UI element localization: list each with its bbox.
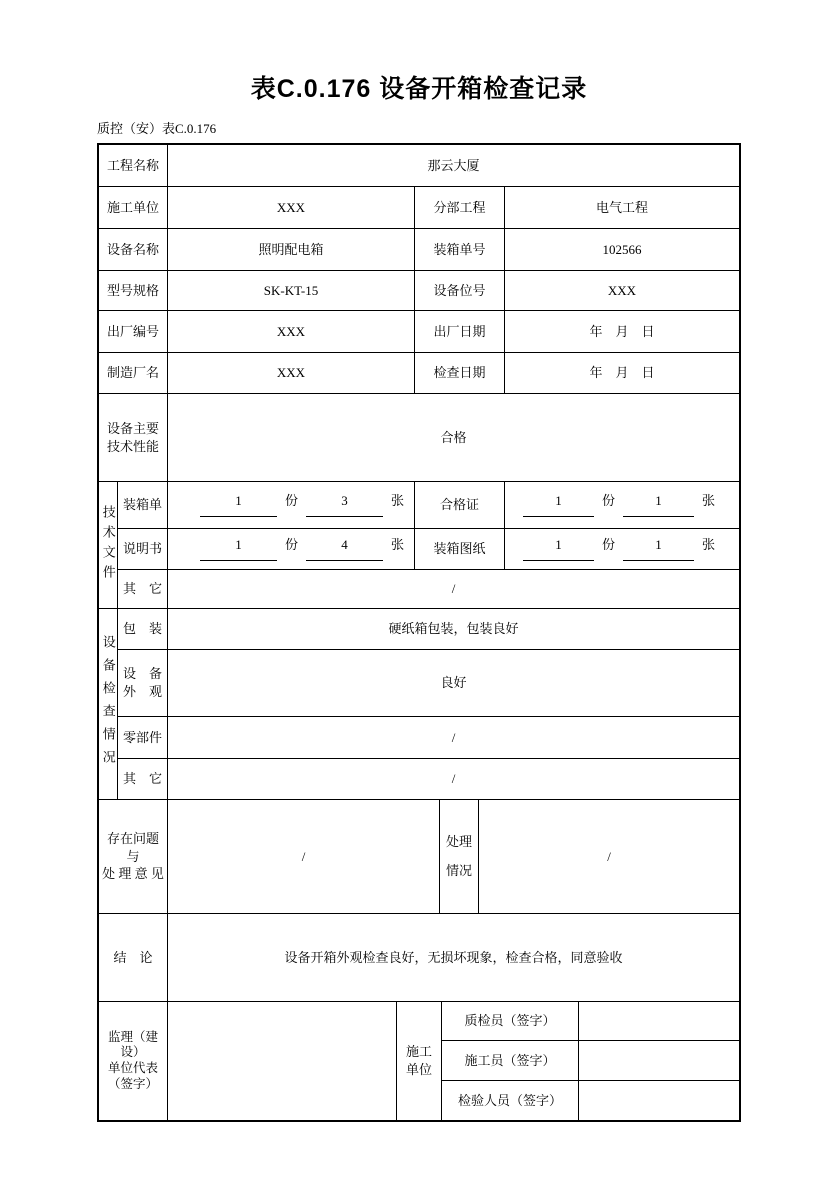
- inspection-other-label: 其 它: [118, 759, 168, 799]
- problems-value: /: [168, 800, 440, 913]
- table-row: 说明书 1份4张 装箱图纸 1份1张: [118, 529, 739, 570]
- manufacturer-value: XXX: [168, 353, 415, 393]
- form-code: 质控（安）表C.0.176: [97, 121, 838, 136]
- packing-list-copies-blank: 1: [200, 493, 277, 517]
- tech-docs-other-value: /: [168, 570, 739, 608]
- factory-no-label: 出厂编号: [99, 311, 168, 352]
- table-row: 设备名称 照明配电箱 装箱单号 102566: [99, 229, 739, 271]
- inspection-date-value: 年 月 日: [505, 353, 739, 393]
- packaging-value: 硬纸箱包装，包装良好: [168, 609, 739, 649]
- packing-list-sheets-blank: 3: [306, 493, 383, 517]
- tech-docs-section: 技术文件 装箱单 1份3张 合格证 1份1张 说明书 1份4张: [99, 482, 739, 609]
- equipment-tag-value: XXX: [505, 271, 739, 310]
- inspection-section: 设备检查情况 包 装 硬纸箱包装，包装良好 设 备 外 观 良好 零部件 / 其…: [99, 609, 739, 800]
- packaging-label: 包 装: [118, 609, 168, 649]
- manual-counts: 1份4张: [168, 529, 415, 569]
- sheets-unit: 张: [702, 536, 715, 554]
- table-row: 其 它 /: [118, 570, 739, 608]
- subproject-value: 电气工程: [505, 187, 739, 228]
- table-row: 出厂编号 XXX 出厂日期 年 月 日: [99, 311, 739, 353]
- copies-unit: 份: [285, 492, 298, 510]
- certificate-copies-blank: 1: [523, 493, 594, 517]
- performance-value: 合格: [168, 394, 739, 481]
- certificate-label: 合格证: [415, 482, 505, 528]
- contractor-label: 施工单位: [99, 187, 168, 228]
- signatures-section: 监理（建设） 单位代表 （签字） 施工 单位 质检员（签字） 施工员（签字） 检…: [99, 1002, 739, 1120]
- project-name-value: 那云大厦: [168, 145, 739, 186]
- copies-unit: 份: [602, 536, 615, 554]
- inspection-section-label: 设备检查情况: [99, 609, 118, 799]
- table-row: 设 备 外 观 良好: [118, 650, 739, 717]
- sheets-unit: 张: [391, 492, 404, 510]
- certificate-counts: 1份1张: [505, 482, 739, 528]
- copies-unit: 份: [285, 536, 298, 554]
- qc-inspector-signature-value: [579, 1002, 739, 1040]
- handling-value: /: [479, 800, 739, 913]
- supervisor-signature-value: [168, 1002, 397, 1120]
- table-row: 检验人员（签字）: [442, 1081, 739, 1120]
- equipment-name-value: 照明配电箱: [168, 229, 415, 270]
- factory-no-value: XXX: [168, 311, 415, 352]
- conclusion-row: 结 论 设备开箱外观检查良好，无损坏现象，检查合格，同意验收: [99, 914, 739, 1002]
- sheets-unit: 张: [702, 492, 715, 510]
- table-row: 质检员（签字）: [442, 1002, 739, 1041]
- contractor-value: XXX: [168, 187, 415, 228]
- problems-row: 存在问题与 处 理 意 见 / 处理 情况 /: [99, 800, 739, 914]
- parts-label: 零部件: [118, 717, 168, 758]
- packing-drawings-label: 装箱图纸: [415, 529, 505, 569]
- table-row: 装箱单 1份3张 合格证 1份1张: [118, 482, 739, 529]
- manual-copies-blank: 1: [200, 537, 277, 561]
- packing-list-no-value: 102566: [505, 229, 739, 270]
- manufacturer-label: 制造厂名: [99, 353, 168, 393]
- sheets-unit: 张: [391, 536, 404, 554]
- inspector-signature-value: [579, 1081, 739, 1120]
- document-title: 表C.0.176 设备开箱检查记录: [0, 74, 838, 104]
- equipment-unpacking-form: 工程名称 那云大厦 施工单位 XXX 分部工程 电气工程 设备名称 照明配电箱 …: [97, 143, 741, 1122]
- tech-docs-section-label: 技术文件: [99, 482, 118, 608]
- tech-docs-other-label: 其 它: [118, 570, 168, 608]
- copies-unit: 份: [602, 492, 615, 510]
- table-row: 设备主要 技术性能 合格: [99, 394, 739, 482]
- inspection-date-label: 检查日期: [415, 353, 505, 393]
- constructor-signature-value: [579, 1041, 739, 1080]
- packing-drawings-copies-blank: 1: [523, 537, 594, 561]
- supervisor-signature-label: 监理（建设） 单位代表 （签字）: [99, 1002, 168, 1120]
- equipment-name-label: 设备名称: [99, 229, 168, 270]
- table-row: 包 装 硬纸箱包装，包装良好: [118, 609, 739, 650]
- document-page: 表C.0.176 设备开箱检查记录 质控（安）表C.0.176 工程名称 那云大…: [0, 0, 838, 1186]
- qc-inspector-label: 质检员（签字）: [442, 1002, 579, 1040]
- table-row: 工程名称 那云大厦: [99, 145, 739, 187]
- subproject-label: 分部工程: [415, 187, 505, 228]
- conclusion-label: 结 论: [99, 914, 168, 1001]
- factory-date-label: 出厂日期: [415, 311, 505, 352]
- constructor-label: 施工员（签字）: [442, 1041, 579, 1080]
- builder-unit-label: 施工 单位: [397, 1002, 442, 1120]
- packing-drawings-sheets-blank: 1: [623, 537, 694, 561]
- packing-list-label: 装箱单: [118, 482, 168, 528]
- inspection-other-value: /: [168, 759, 739, 799]
- table-row: 制造厂名 XXX 检查日期 年 月 日: [99, 353, 739, 394]
- packing-list-counts: 1份3张: [168, 482, 415, 528]
- appearance-value: 良好: [168, 650, 739, 716]
- packing-list-no-label: 装箱单号: [415, 229, 505, 270]
- performance-label: 设备主要 技术性能: [99, 394, 168, 481]
- packing-drawings-counts: 1份1张: [505, 529, 739, 569]
- table-row: 其 它 /: [118, 759, 739, 799]
- conclusion-value: 设备开箱外观检查良好，无损坏现象，检查合格，同意验收: [168, 914, 739, 1001]
- factory-date-value: 年 月 日: [505, 311, 739, 352]
- table-row: 零部件 /: [118, 717, 739, 759]
- model-spec-value: SK-KT-15: [168, 271, 415, 310]
- certificate-sheets-blank: 1: [623, 493, 694, 517]
- table-row: 施工员（签字）: [442, 1041, 739, 1081]
- manual-sheets-blank: 4: [306, 537, 383, 561]
- appearance-label: 设 备 外 观: [118, 650, 168, 716]
- manual-label: 说明书: [118, 529, 168, 569]
- model-spec-label: 型号规格: [99, 271, 168, 310]
- equipment-tag-label: 设备位号: [415, 271, 505, 310]
- problems-label: 存在问题与 处 理 意 见: [99, 800, 168, 913]
- inspector-label: 检验人员（签字）: [442, 1081, 579, 1120]
- project-name-label: 工程名称: [99, 145, 168, 186]
- handling-label: 处理 情况: [440, 800, 479, 913]
- table-row: 施工单位 XXX 分部工程 电气工程: [99, 187, 739, 229]
- parts-value: /: [168, 717, 739, 758]
- table-row: 型号规格 SK-KT-15 设备位号 XXX: [99, 271, 739, 311]
